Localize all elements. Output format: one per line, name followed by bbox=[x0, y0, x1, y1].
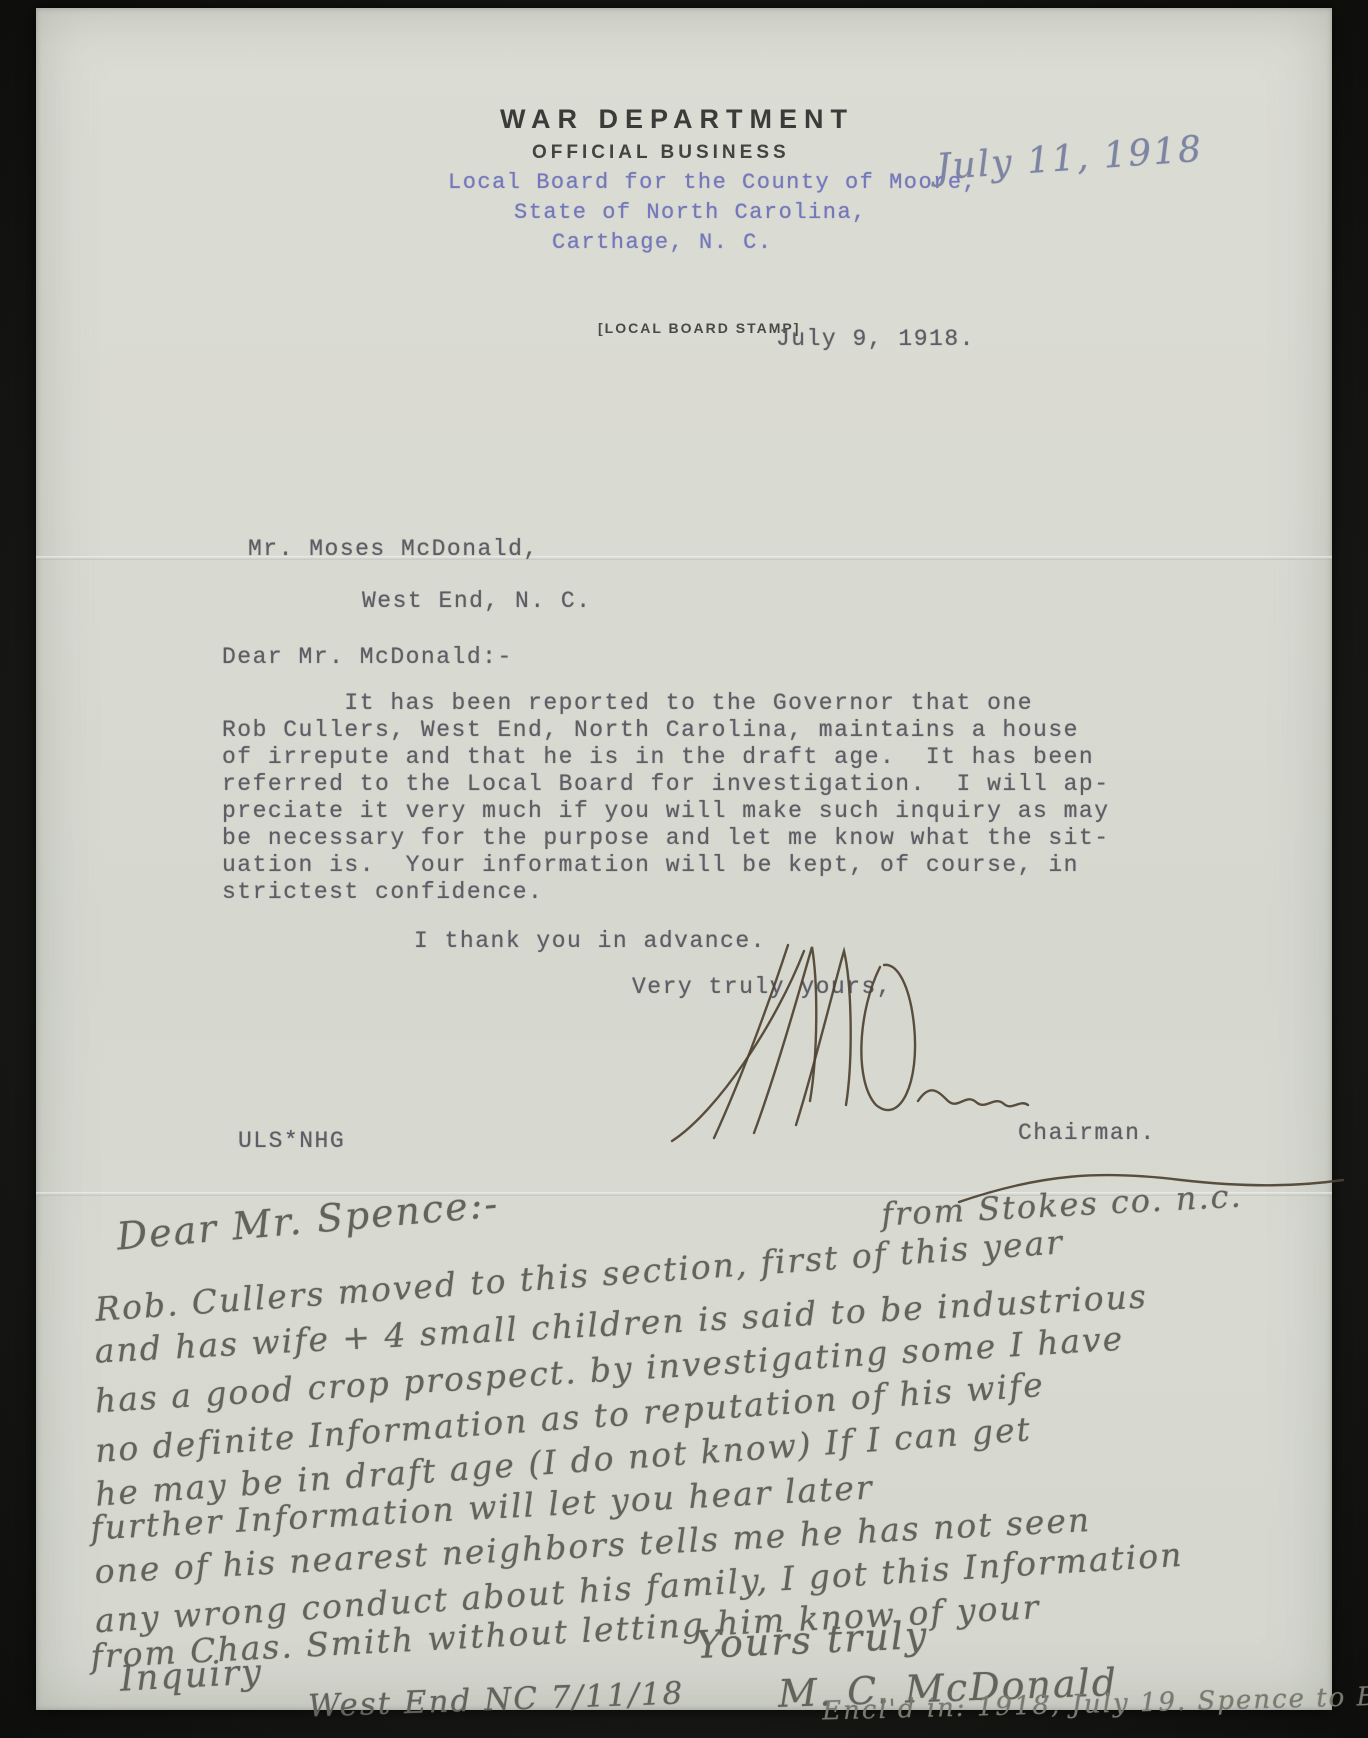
letterhead-board-line1: Local Board for the County of Moore, bbox=[448, 170, 977, 195]
letterhead-board-line2: State of North Carolina, bbox=[514, 200, 867, 225]
body-line: It has been reported to the Governor tha… bbox=[222, 690, 1033, 716]
fold-crease-upper bbox=[36, 556, 1332, 560]
signer-title: Chairman. bbox=[1018, 1120, 1156, 1146]
local-board-stamp-placeholder: [LOCAL BOARD STAMP] bbox=[598, 320, 800, 336]
body-line: of irrepute and that he is in the draft … bbox=[222, 744, 1094, 770]
body-line: be necessary for the purpose and let me … bbox=[222, 825, 1110, 851]
chairman-signature-scrawl bbox=[656, 933, 1086, 1148]
handwritten-received-date: July 11, 1918 bbox=[935, 129, 1204, 189]
typed-date: July 9, 1918. bbox=[776, 326, 975, 352]
address-line2: West End, N. C. bbox=[362, 588, 592, 614]
address-line1: Mr. Moses McDonald, bbox=[248, 536, 539, 562]
body-line: Rob Cullers, West End, North Carolina, m… bbox=[222, 717, 1079, 743]
note-salutation: Dear Mr. Spence:- bbox=[115, 1181, 501, 1258]
letterhead-official-business: OFFICIAL BUSINESS bbox=[532, 142, 790, 164]
letter-paper: WAR DEPARTMENT OFFICIAL BUSINESS Local B… bbox=[36, 8, 1332, 1710]
letter-salutation: Dear Mr. McDonald:- bbox=[222, 644, 513, 670]
body-line: preciate it very much if you will make s… bbox=[222, 798, 1110, 824]
letterhead-board-line3: Carthage, N. C. bbox=[552, 230, 773, 255]
body-line: uation is. Your information will be kept… bbox=[222, 852, 1079, 878]
scanned-letter-background: WAR DEPARTMENT OFFICIAL BUSINESS Local B… bbox=[0, 0, 1368, 1738]
note-line: Inquiry bbox=[119, 1652, 264, 1699]
typist-initials: ULS*NHG bbox=[238, 1128, 345, 1154]
note-place-date: West End NC 7/11/18 bbox=[307, 1675, 684, 1724]
letterhead-department: WAR DEPARTMENT bbox=[500, 104, 854, 135]
body-line: strictest confidence. bbox=[222, 879, 543, 905]
note-valediction: Yours truly bbox=[695, 1613, 929, 1667]
body-line: referred to the Local Board for investig… bbox=[222, 771, 1110, 797]
